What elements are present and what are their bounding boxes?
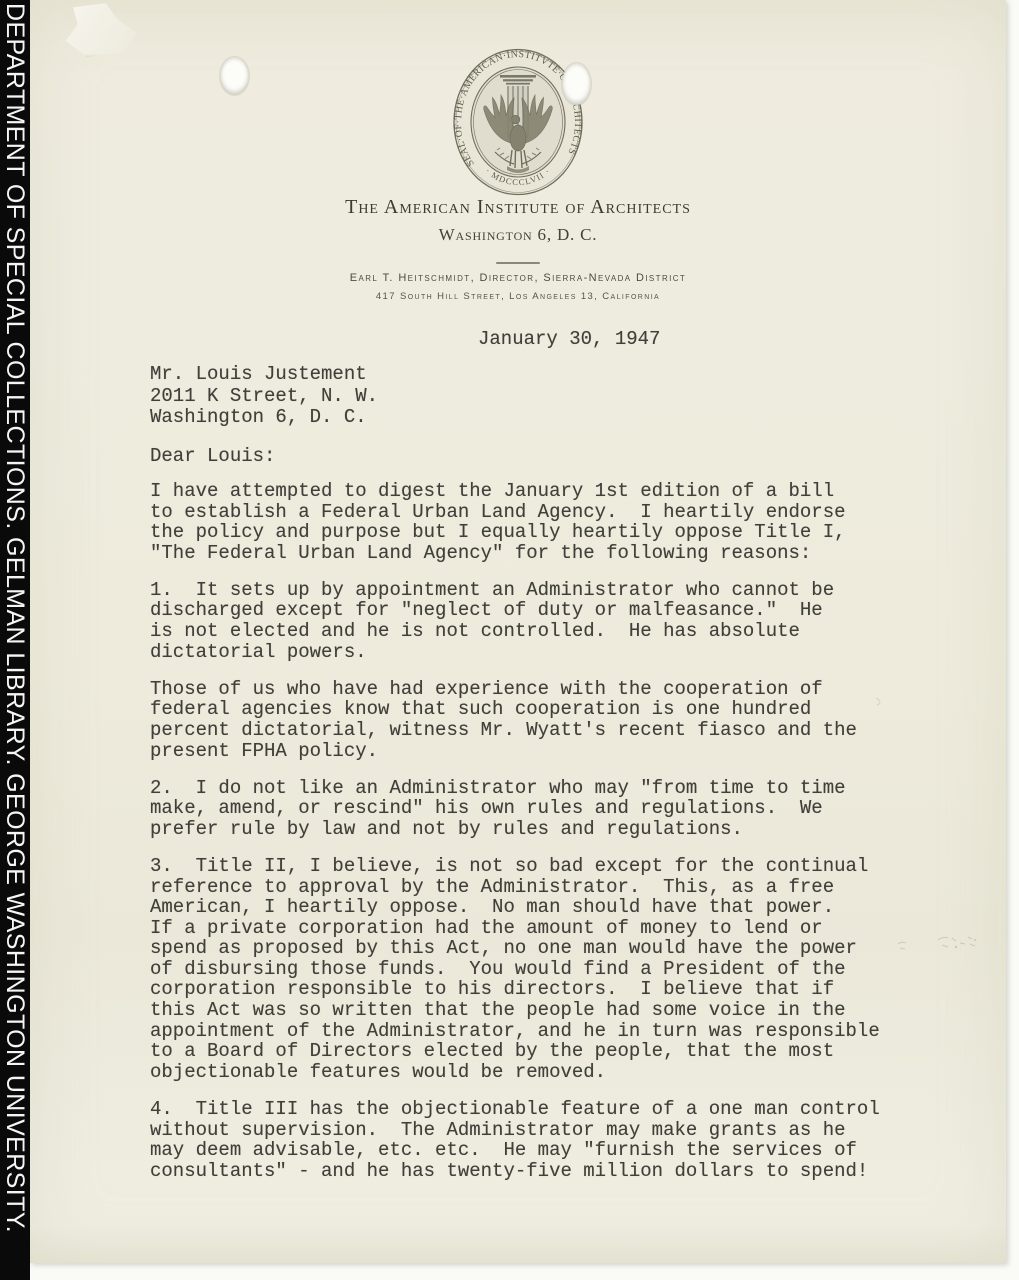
pencil-smudge-artifact bbox=[880, 922, 990, 956]
paragraph-intro: I have attempted to digest the January 1… bbox=[150, 481, 936, 563]
office-address-line: 417 South Hill Street, Los Angeles 13, C… bbox=[30, 291, 1006, 302]
officer-line: Earl T. Heitschmidt, Director, Sierra-Ne… bbox=[30, 272, 1006, 284]
archive-stamp-bar: DEPARTMENT OF SPECIAL COLLECTIONS. GELMA… bbox=[0, 0, 30, 1280]
recipient-address-block: Mr. Louis Justement 2011 K Street, N. W.… bbox=[150, 364, 378, 429]
paragraph-point-3: 3. Title II, I believe, is not so bad ex… bbox=[150, 856, 936, 1083]
recipient-city: Washington 6, D. C. bbox=[150, 407, 378, 429]
salutation: Dear Louis: bbox=[150, 445, 275, 467]
punch-hole-right bbox=[562, 63, 591, 105]
organization-name: The American Institute of Architects bbox=[30, 196, 1006, 219]
letterhead-divider bbox=[496, 262, 540, 264]
letter-body: I have attempted to digest the January 1… bbox=[150, 481, 936, 1198]
paper-tear-artifact bbox=[64, 3, 140, 57]
recipient-name: Mr. Louis Justement bbox=[150, 364, 378, 386]
paragraph-point-2: 2. I do not like an Administrator who ma… bbox=[150, 778, 936, 840]
scanned-letter-page: { "colors": { "scan_background": "#fafaf… bbox=[0, 0, 1019, 1280]
paragraph-point-1: 1. It sets up by appointment an Administ… bbox=[150, 580, 936, 662]
archive-stamp-text: DEPARTMENT OF SPECIAL COLLECTIONS. GELMA… bbox=[0, 0, 30, 1280]
paragraph-cooperation: Those of us who have had experience with… bbox=[150, 679, 936, 761]
letter-paper: SEAL·OF·THE·AMERICAN·INSTITVTE·OF·ARCHIT… bbox=[30, 0, 1006, 1263]
punch-hole-left bbox=[220, 57, 249, 95]
paragraph-point-4: 4. Title III has the objectionable featu… bbox=[150, 1099, 936, 1181]
organization-city: Washington 6, D. C. bbox=[30, 225, 1006, 245]
letter-date: January 30, 1947 bbox=[478, 328, 660, 350]
recipient-street: 2011 K Street, N. W. bbox=[150, 386, 378, 408]
ink-speck-artifact bbox=[870, 694, 886, 708]
